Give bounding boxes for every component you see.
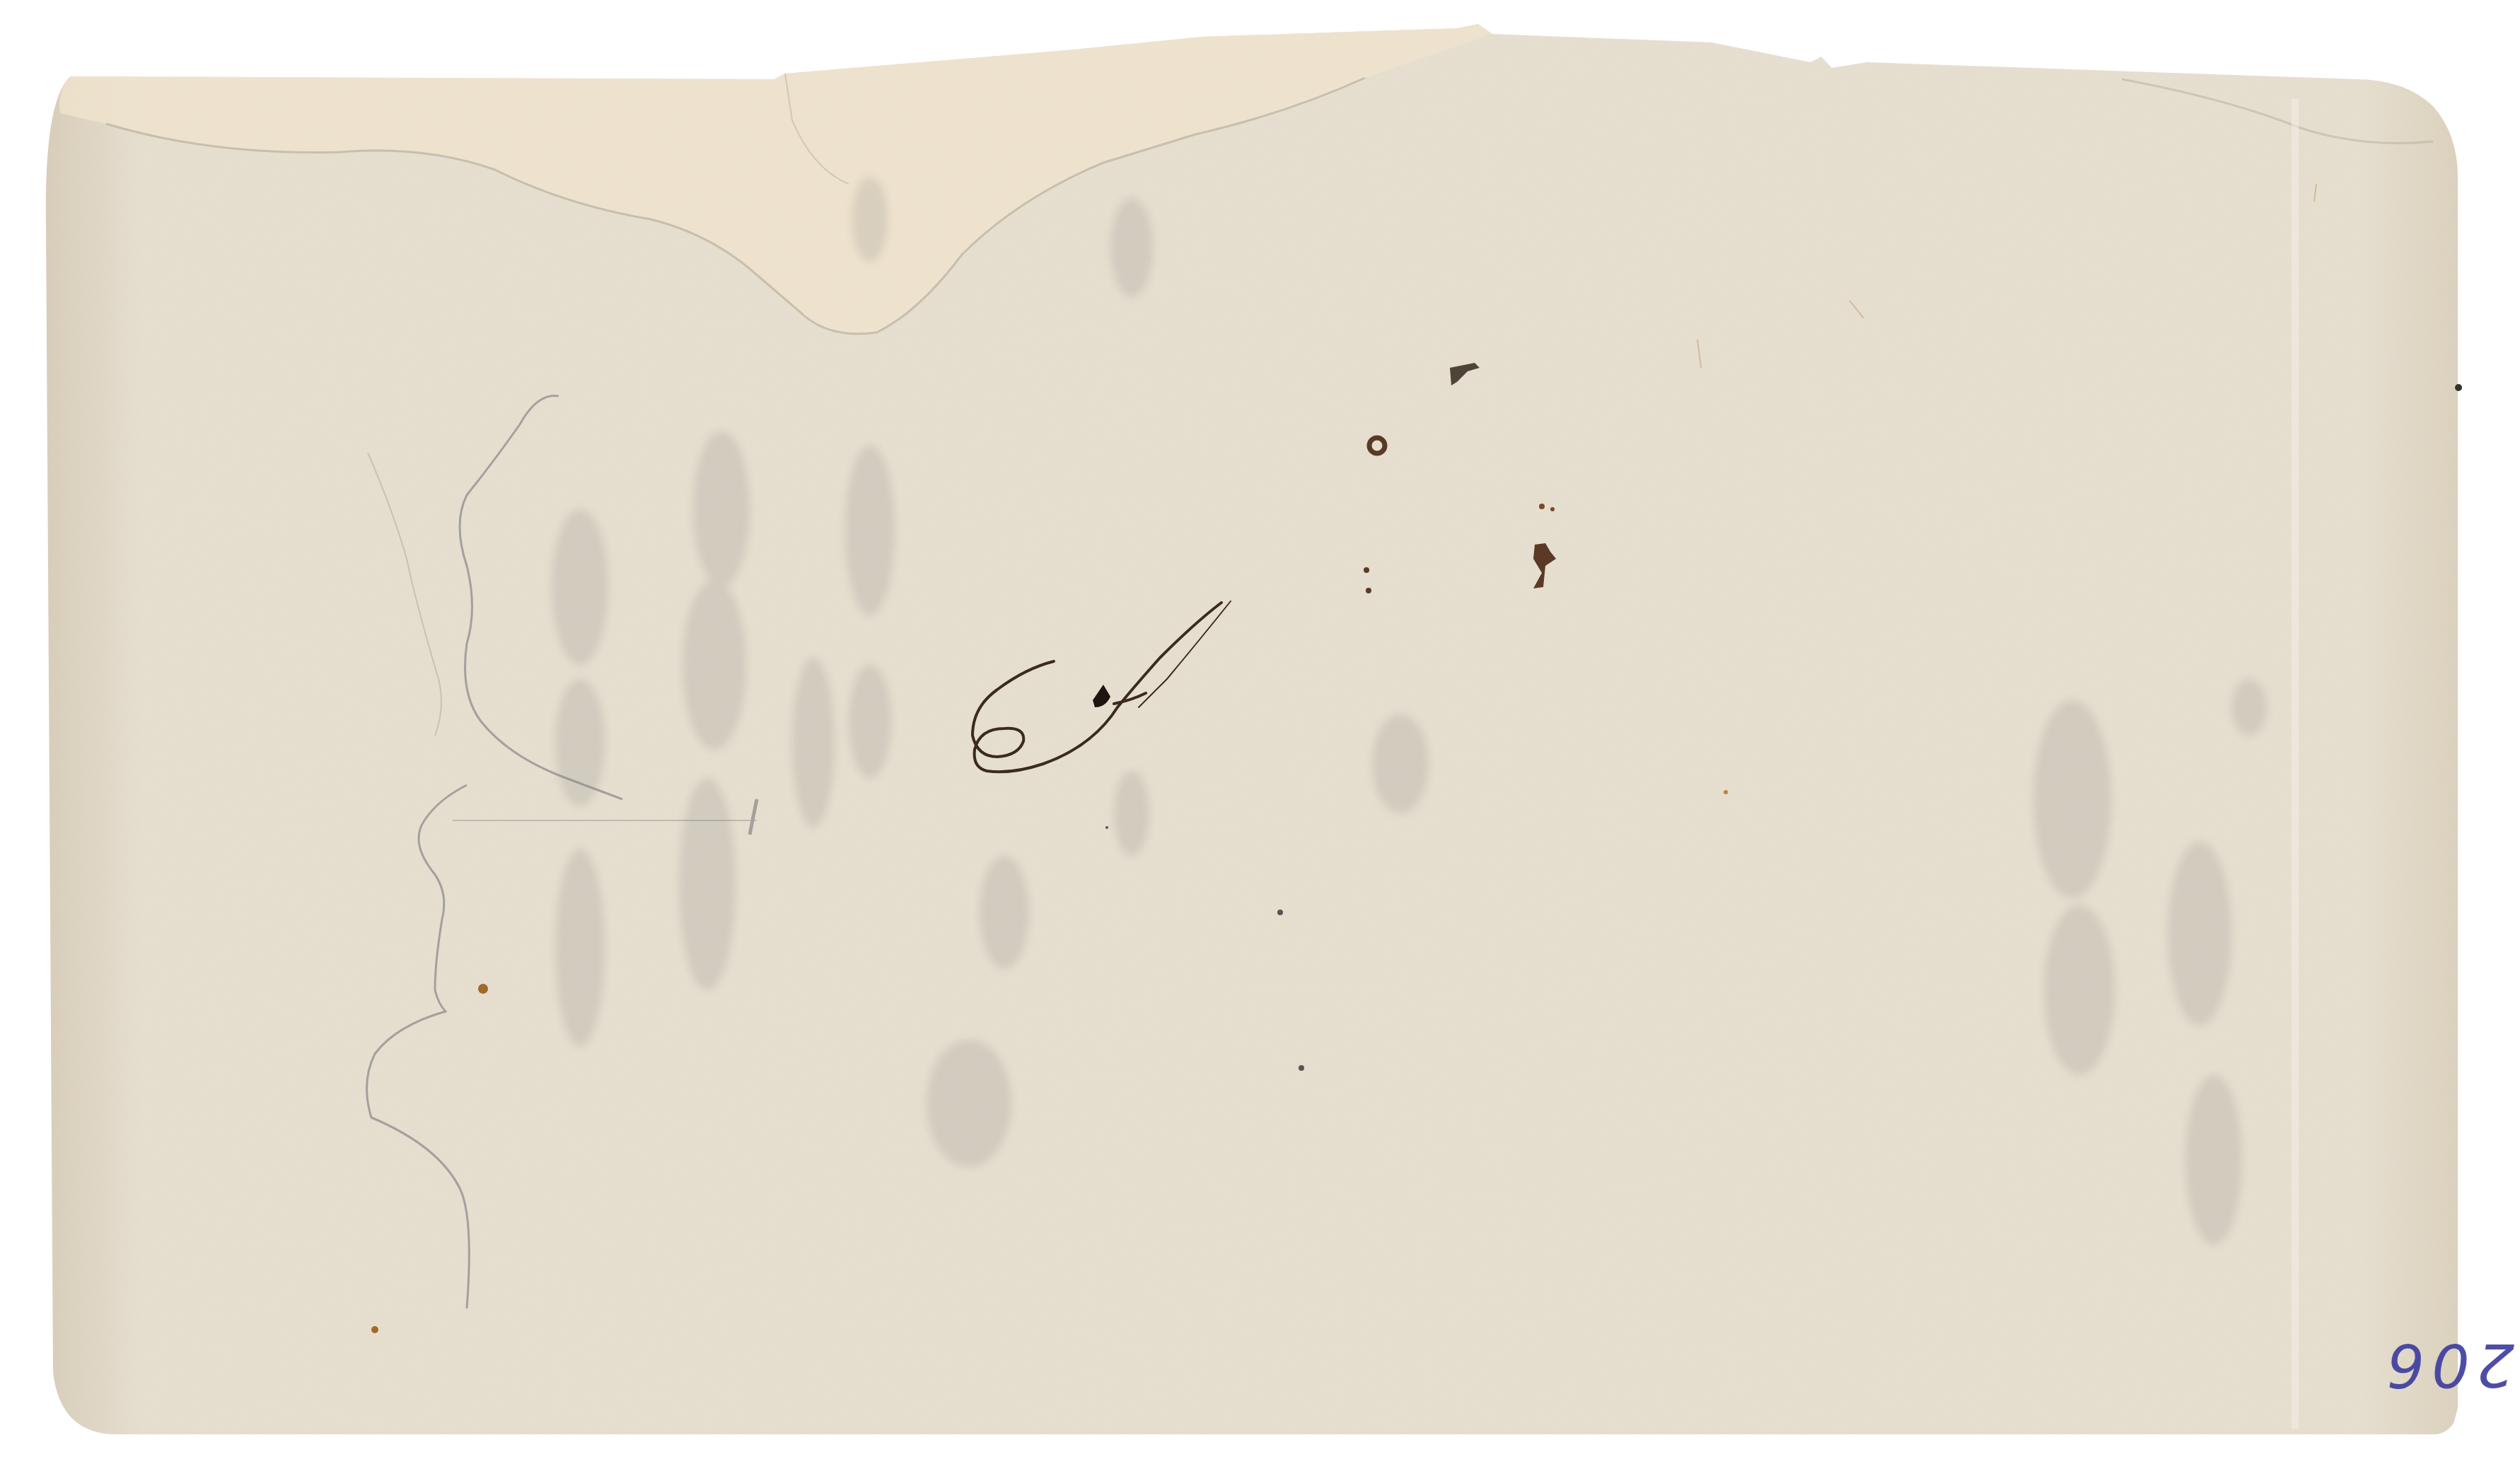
envelope-back — [0, 0, 2520, 1469]
catalog-number: 206 — [2373, 1333, 2520, 1397]
scan-background: 206 S — [0, 0, 2520, 1469]
envelope-illustration — [0, 0, 2520, 1469]
